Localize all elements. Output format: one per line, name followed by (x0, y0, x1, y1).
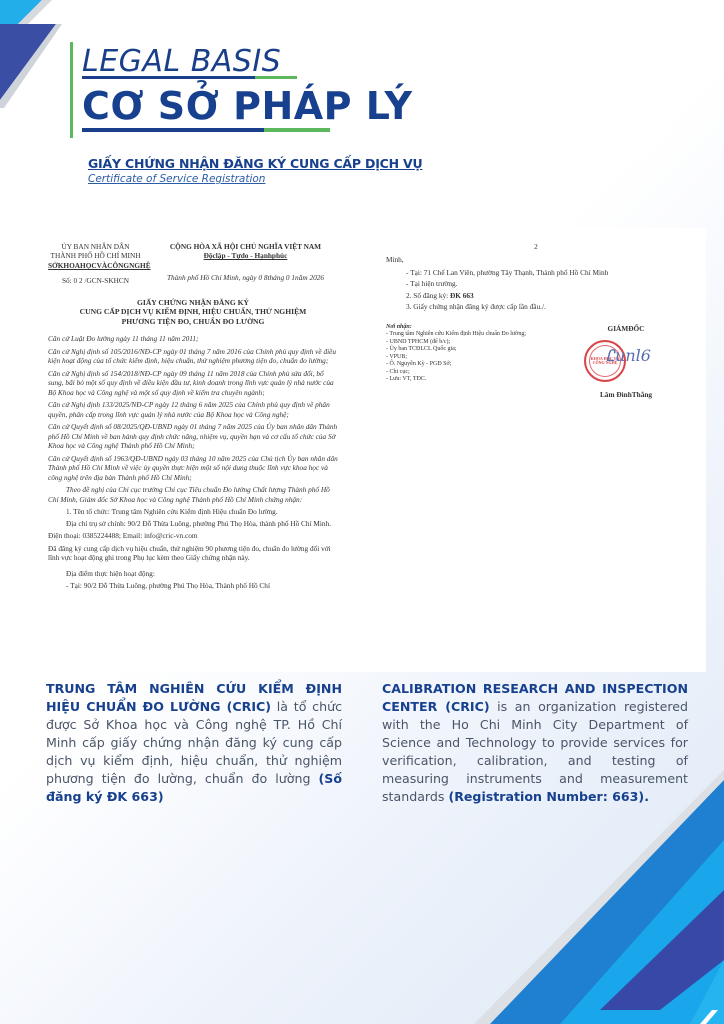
document-header: ỦY BAN NHÂN DÂN THÀNH PHỐ HỒ CHÍ MINH SỞ… (48, 242, 338, 286)
organization-contact: Điện thoại: 0385224488; Email: info@cric… (48, 531, 338, 540)
organization-name: 1. Tên tổ chức: Trung tâm Nghiên cứu Kiể… (48, 507, 338, 516)
accent-bar (70, 42, 73, 138)
bottom-right-gray-band (474, 770, 724, 1024)
registration-number: ĐK 663 (450, 291, 474, 300)
legal-basis-item: Căn cứ Nghị định 133/2025/NĐ-CP ngày 12 … (48, 400, 338, 419)
signer-block: GIÁMĐỐC KHOA HỌC VÀ CÔNG NGHỆ Ꮭunl6 Lâm … (566, 324, 686, 404)
description-english: CALIBRATION RESEARCH AND INSPECTION CENT… (382, 680, 688, 806)
title-vietnamese-underline (82, 128, 330, 132)
bottom-right-blue-band (490, 780, 724, 1024)
national-heading: CỘNG HÒA XÃ HỘI CHỦ NGHĨA VIỆT NAM Độclậ… (153, 242, 338, 286)
certificate-page-2: 2 Minh, - Tại: 71 Chế Lan Viên, phường T… (386, 242, 686, 404)
section-subtitle: GIẤY CHỨNG NHẬN ĐĂNG KÝ CUNG CẤP DỊCH VỤ… (88, 156, 422, 185)
location-item: - Tại hiện trường. (386, 279, 686, 288)
legal-basis-item: Căn cứ Quyết định số 08/2025/QĐ-UBND ngà… (48, 422, 338, 450)
title-vietnamese: CƠ SỞ PHÁP LÝ (82, 84, 413, 128)
service-scope: Đã đăng ký cung cấp dịch vụ hiệu chuẩn, … (48, 544, 338, 563)
place-date: Thành phố Hồ Chí Minh, ngày 0 8tháng 0 1… (153, 273, 338, 282)
signer-title: GIÁMĐỐC (566, 324, 686, 333)
title-english: LEGAL BASIS (82, 44, 281, 79)
registration-number-line: 2. Số đăng ký: ĐK 663 (386, 291, 686, 300)
document-title: GIẤY CHỨNG NHẬN ĐĂNG KÝ CUNG CẤP DỊCH VỤ… (48, 298, 338, 326)
location-label: Địa điểm thực hiện hoạt động: (48, 569, 338, 578)
location-item: - Tại: 90/2 Đỗ Thừa Luông, phường Phú Th… (48, 581, 338, 590)
certificate-page-1: ỦY BAN NHÂN DÂN THÀNH PHỐ HỒ CHÍ MINH SỞ… (48, 242, 338, 591)
legal-basis-item: Căn cứ Nghị định số 105/2016/NĐ-CP ngày … (48, 347, 338, 366)
recipient-item: - Ủy ban TCĐLCL Quốc gia; (386, 346, 526, 354)
bottom-right-navy-band (600, 890, 724, 1010)
description-vietnamese: TRUNG TÂM NGHIÊN CỨU KIỂM ĐỊNH HIỆU CHUẨ… (46, 680, 342, 806)
issuing-agency: ỦY BAN NHÂN DÂN THÀNH PHỐ HỒ CHÍ MINH SỞ… (48, 242, 143, 286)
legal-basis-item: Căn cứ Nghị định số 154/2018/NĐ-CP ngày … (48, 369, 338, 397)
top-left-cyan-stripe (0, 0, 42, 24)
page-number: 2 (386, 242, 686, 251)
recipients-list: Nơi nhận: - Trung tâm Nghiên cứu Kiểm đị… (386, 324, 526, 404)
top-left-navy-triangle (0, 24, 56, 100)
recipient-item: - Lưu: VT, TĐC. (386, 376, 526, 384)
document-number: Số: 0 2 /GCN-SKHCN (48, 276, 143, 285)
certificate-document: ỦY BAN NHÂN DÂN THÀNH PHỐ HỒ CHÍ MINH SỞ… (30, 228, 706, 672)
legal-basis-item: Căn cứ Quyết định số 1963/QĐ-UBND ngày 0… (48, 454, 338, 482)
legal-basis-list: Căn cứ Luật Đo lường ngày 11 tháng 11 nă… (48, 334, 338, 504)
organization-address: Địa chỉ trụ sở chính: 90/2 Đỗ Thừa Luông… (48, 519, 338, 528)
signature-section: Nơi nhận: - Trung tâm Nghiên cứu Kiểm đị… (386, 324, 686, 404)
legal-basis-item: Căn cứ Luật Đo lường ngày 11 tháng 11 nă… (48, 334, 338, 343)
issue-note: 3. Giấy chứng nhận đăng ký được cấp lần … (386, 302, 686, 311)
recipient-item: - Chi cục; (386, 369, 526, 377)
legal-basis-item: Theo đề nghị của Chi cục trưởng Chi cục … (48, 485, 338, 504)
location-item: - Tại: 71 Chế Lan Viên, phường Tây Thạnh… (386, 268, 686, 277)
recipient-item: - Ô. Nguyễn Kỳ - PGĐ Sở; (386, 361, 526, 369)
subtitle-english: Certificate of Service Registration (88, 173, 422, 185)
signer-name: Lâm ĐìnhThắng (566, 390, 686, 399)
subtitle-vietnamese: GIẤY CHỨNG NHẬN ĐĂNG KÝ CUNG CẤP DỊCH VỤ (88, 156, 422, 171)
recipient-item: - Trung tâm Nghiên cứu Kiểm định Hiệu ch… (386, 331, 526, 339)
title-english-underline (82, 76, 297, 79)
signature-icon: Ꮭunl6 (606, 346, 651, 367)
